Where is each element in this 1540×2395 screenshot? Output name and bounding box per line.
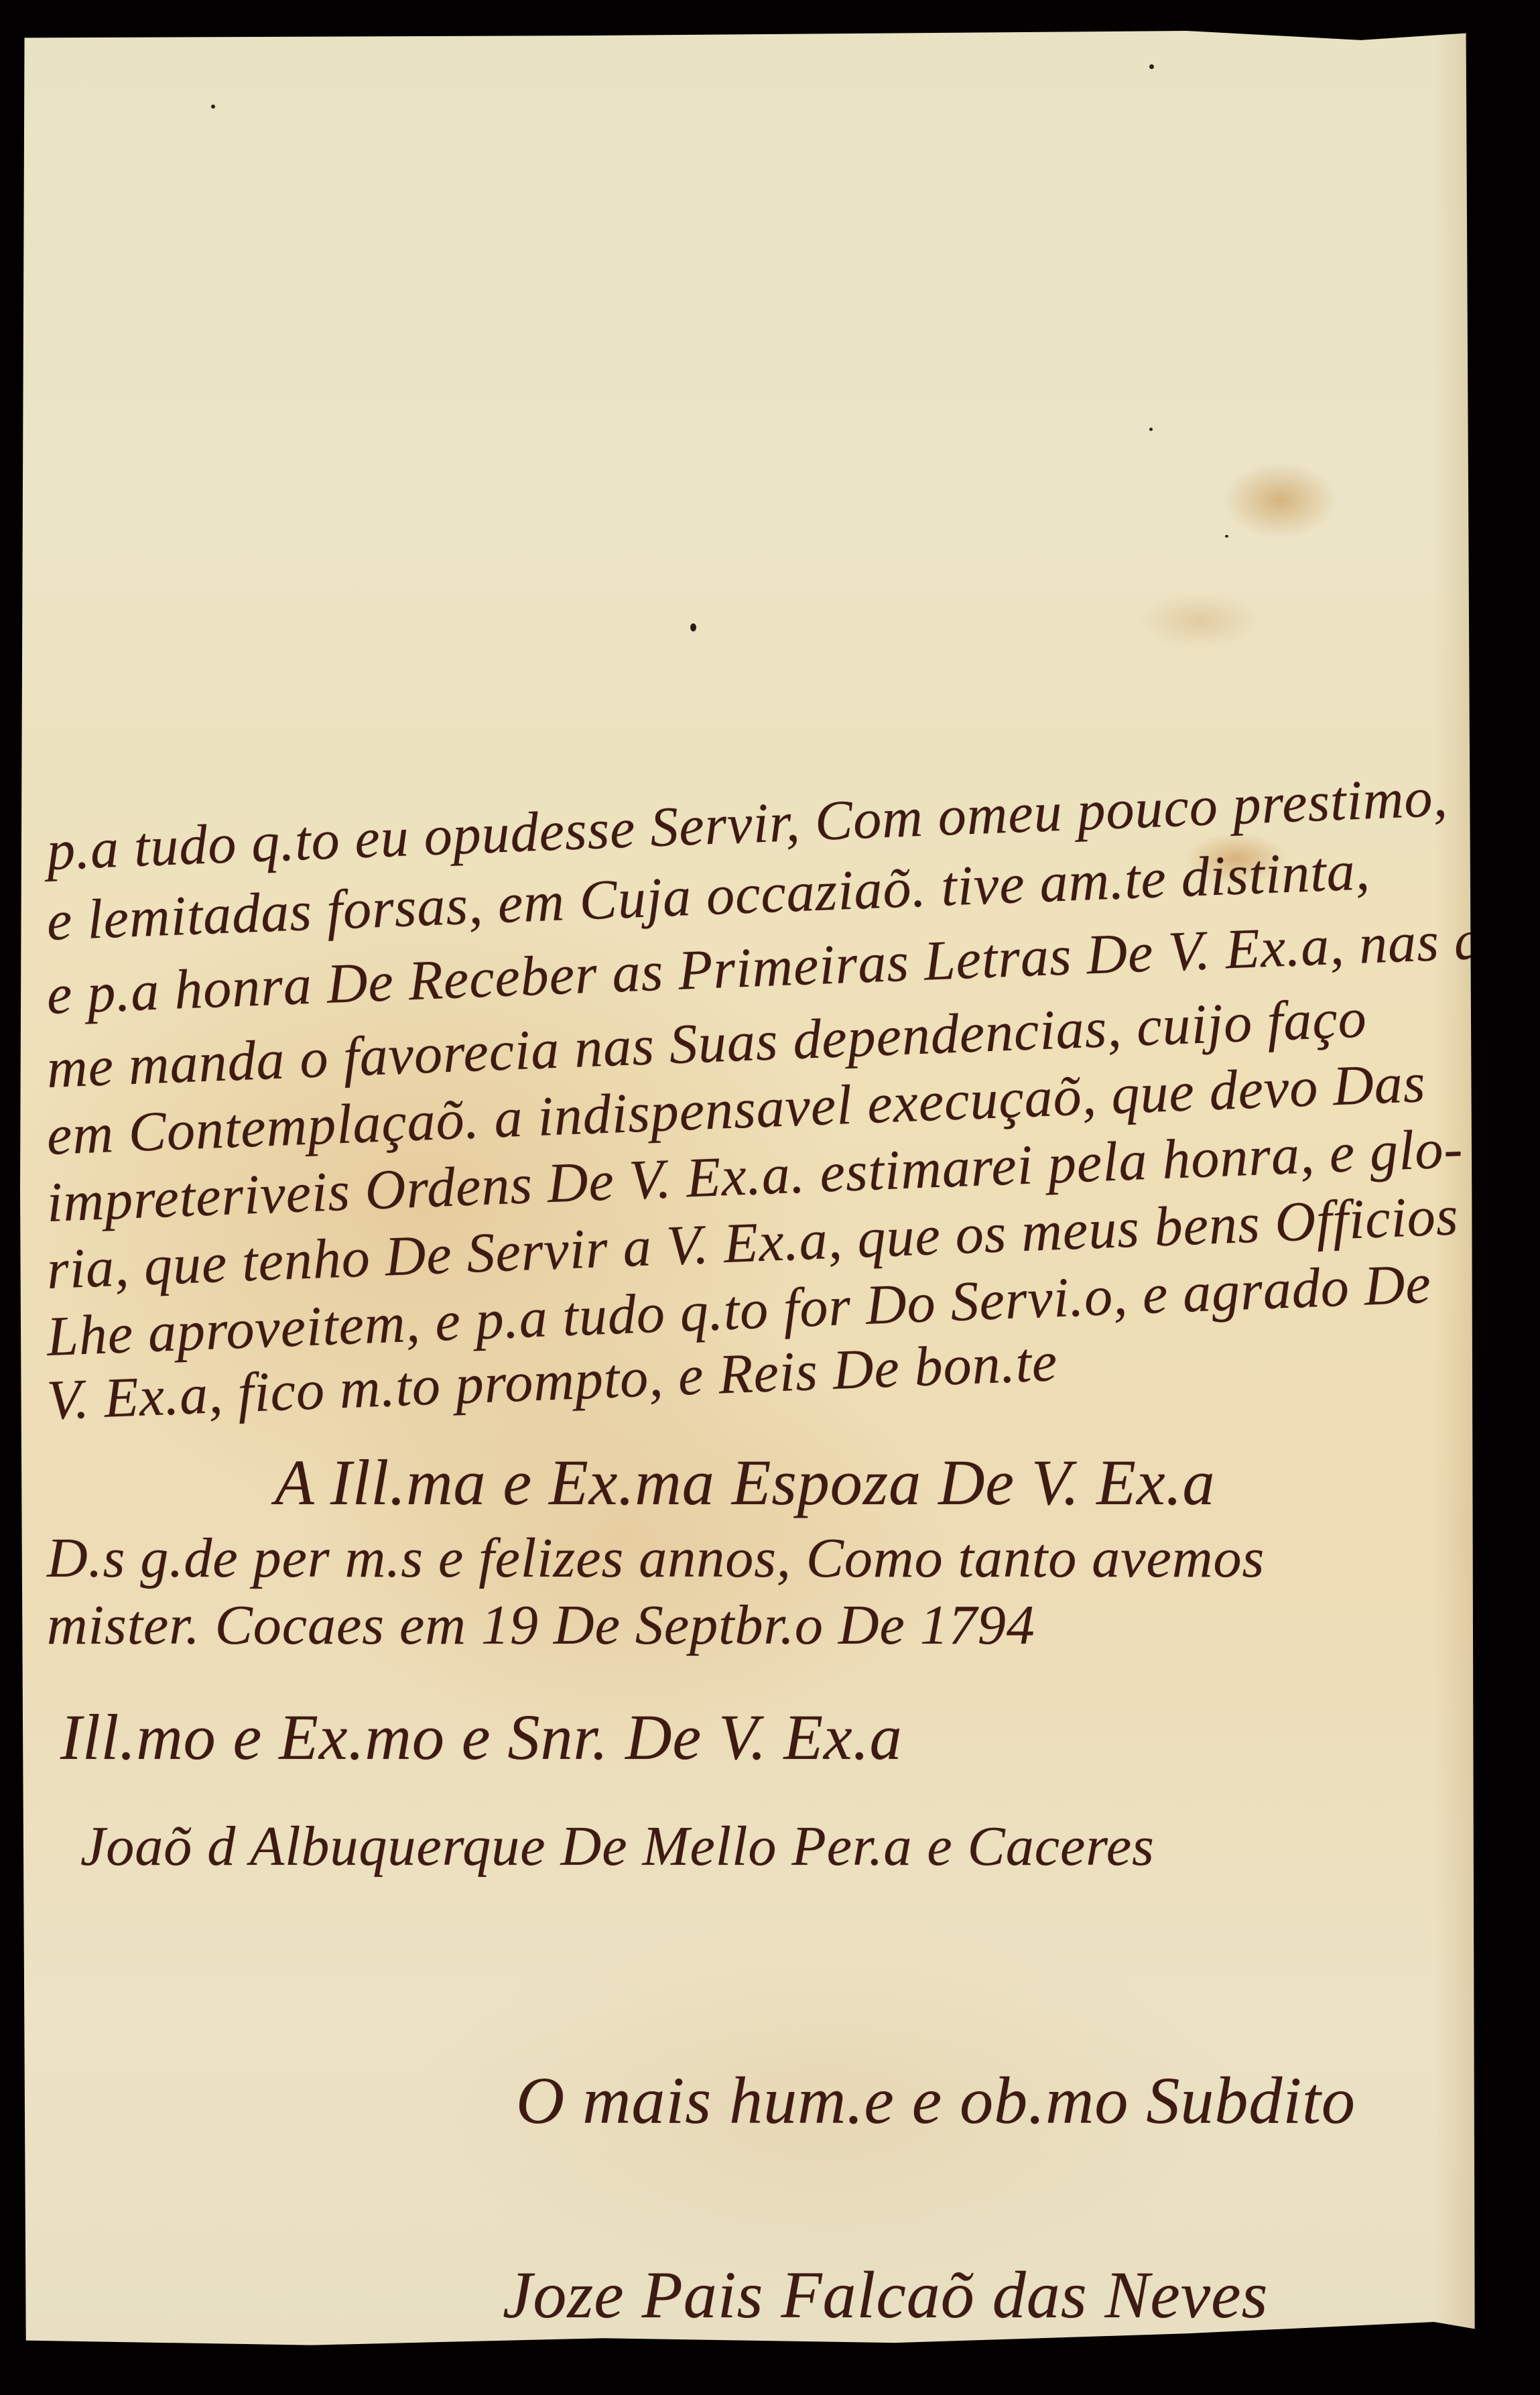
letter-sheet: p.a tudo q.to eu opudesse Servir, Com om… bbox=[20, 31, 1478, 2352]
date-line-text: mister. Cocaes em 19 De Septbr.o De 1794 bbox=[47, 1594, 1035, 1656]
closing-line-2: D.s g.de per m.s e felizes annos, Como t… bbox=[47, 1526, 1265, 1591]
signature: Joze Pais Falcaõ das Neves bbox=[503, 2256, 1268, 2333]
letter-content: p.a tudo q.to eu opudesse Servir, Com om… bbox=[20, 31, 1478, 2352]
salutation: O mais hum.e e ob.mo Subdito bbox=[516, 2062, 1356, 2139]
closing-line-3-date: mister. Cocaes em 19 De Septbr.o De 1794 bbox=[47, 1593, 1035, 1658]
closing-line-1: A Ill.ma e Ex.ma Espoza De V. Ex.a bbox=[275, 1445, 1216, 1520]
addressee-line-2: Joaõ d Albuquerque De Mello Per.a e Cace… bbox=[80, 1814, 1155, 1879]
addressee-line-1: Ill.mo e Ex.mo e Snr. De V. Ex.a bbox=[60, 1700, 903, 1774]
